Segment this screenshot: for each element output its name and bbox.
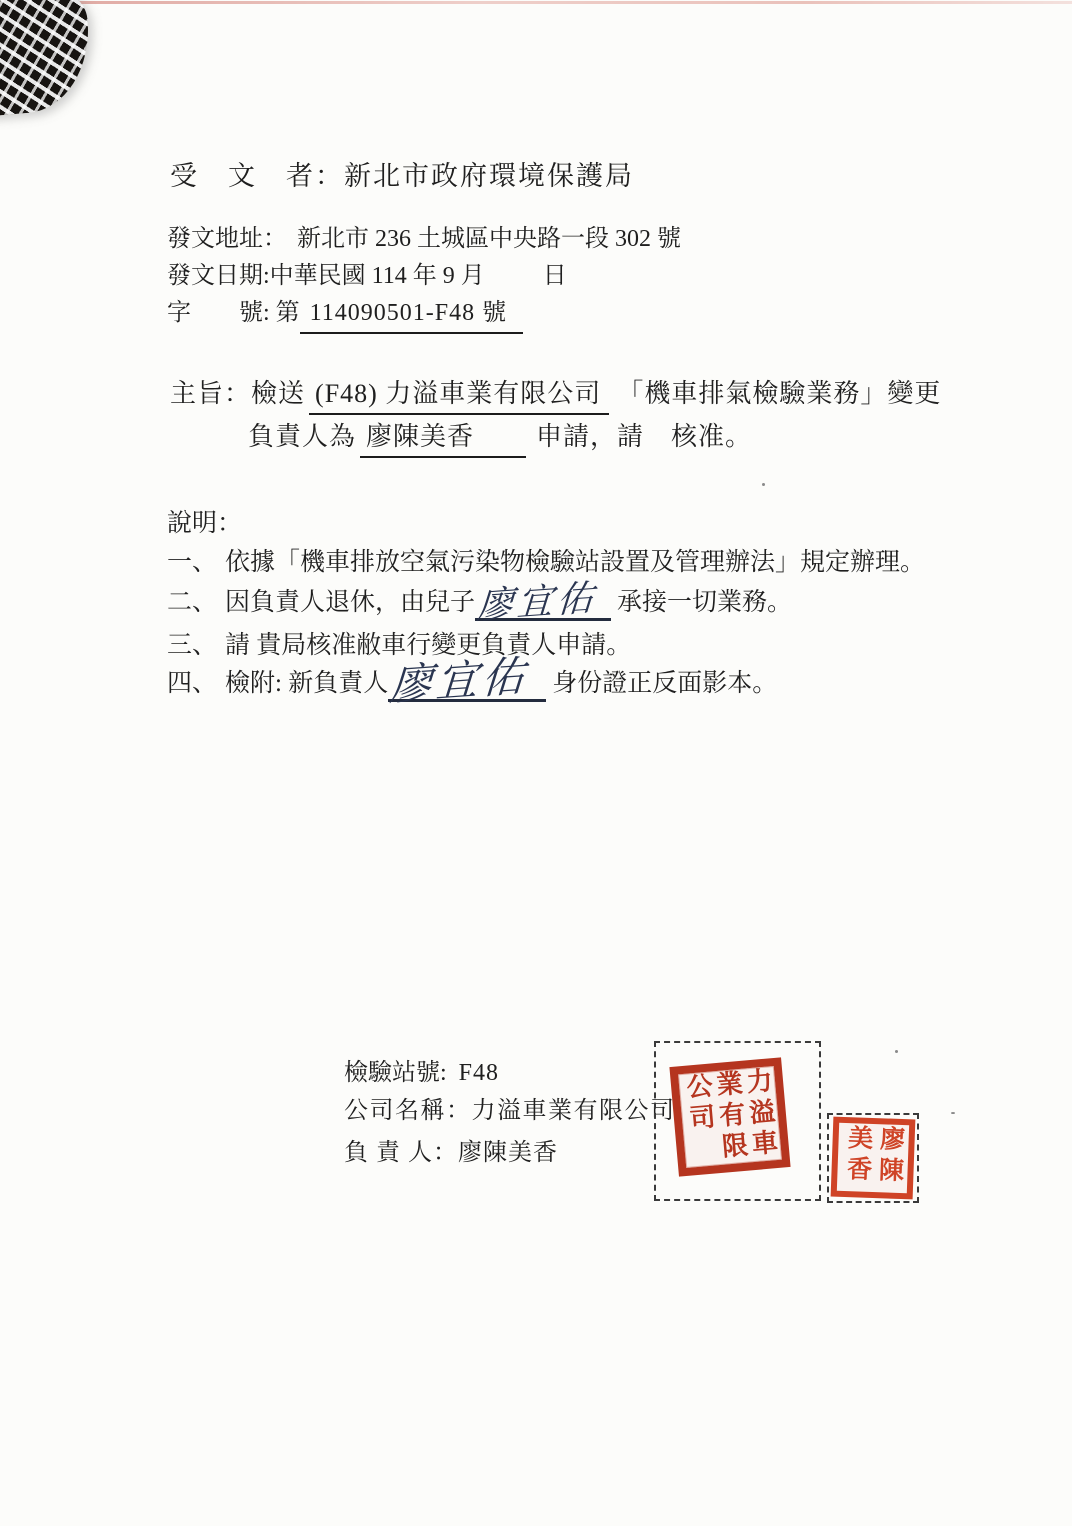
personal-seal-text: 廖陳美香 xyxy=(840,1124,906,1192)
item-text: 請 貴局核准敝車行變更負責人申請。 xyxy=(225,632,631,659)
explanation-item-4: 四、檢附: 新負責人廖宜佑身份證正反面影本。 xyxy=(167,667,777,702)
company-label: 公司名稱： xyxy=(344,1098,472,1124)
scan-speck xyxy=(895,1050,898,1053)
scan-edge-line xyxy=(0,1,1072,4)
handwritten-name: 廖宜佑 xyxy=(390,667,529,695)
item-number: 四、 xyxy=(167,667,225,701)
sending-date-line: 發文日期:中華民國 114 年 9 月日 xyxy=(167,259,567,293)
personal-seal-stamp: 廖陳美香 xyxy=(831,1117,916,1200)
item-number: 一、 xyxy=(167,546,225,580)
subject-line2-post: 申請，請 核准。 xyxy=(536,422,752,451)
document-number-value: 114090501-F48 號 xyxy=(300,296,523,334)
owner-name-line: 負 責 人：廖陳美香 xyxy=(344,1136,558,1170)
company-seal-text: 力溢車業有限公司 xyxy=(681,1066,779,1167)
company-seal-stamp: 力溢車業有限公司 xyxy=(669,1057,790,1176)
date-day-suffix: 日 xyxy=(543,263,567,289)
owner-label: 負 責 人： xyxy=(344,1140,458,1166)
scan-speck xyxy=(762,483,765,486)
explanation-heading: 說明： xyxy=(167,507,242,541)
station-label: 檢驗站號: xyxy=(344,1060,447,1086)
station-value: F48 xyxy=(459,1060,499,1086)
recipient-label: 受 文 者： xyxy=(170,161,344,191)
scanned-document-page: 受 文 者：新北市政府環境保護局 發文地址：新北市 236 土城區中央路一段 3… xyxy=(0,0,1072,1526)
item-text-pre: 檢附: 新負責人 xyxy=(225,670,388,697)
subject-part1: 檢送 xyxy=(251,379,305,408)
date-label: 發文日期: xyxy=(167,263,270,289)
number-prefix: 第 xyxy=(276,300,300,326)
sending-address-line: 發文地址：新北市 236 土城區中央路一段 302 號 xyxy=(167,222,681,256)
subject-line-2: 負責人為廖陳美香申請，請 核准。 xyxy=(248,420,752,458)
subject-part2: 「機車排氣檢驗業務」變更 xyxy=(617,379,941,408)
date-value: 中華民國 114 年 9 月 xyxy=(270,263,485,289)
recipient-line: 受 文 者：新北市政府環境保護局 xyxy=(170,159,634,193)
address-label: 發文地址： xyxy=(167,226,287,252)
item-text-post: 身份證正反面影本。 xyxy=(552,670,777,697)
company-value: 力溢車業有限公司 xyxy=(472,1098,676,1124)
item-number: 二、 xyxy=(167,586,225,620)
subject-line-1: 主旨：檢送(F48) 力溢車業有限公司「機車排氣檢驗業務」變更 xyxy=(170,377,941,415)
explanation-item-1: 一、依據「機車排放空氣污染物檢驗站設置及管理辦法」規定辦理。 xyxy=(167,546,925,580)
signature-underline: 廖宜佑 xyxy=(475,592,611,621)
item-text: 依據「機車排放空氣污染物檢驗站設置及管理辦法」規定辦理。 xyxy=(225,549,925,576)
owner-value: 廖陳美香 xyxy=(458,1140,558,1166)
explanation-item-3: 三、請 貴局核准敝車行變更負責人申請。 xyxy=(167,629,631,663)
scan-corner-artifact-icon xyxy=(0,0,95,116)
subject-owner-underlined: 廖陳美香 xyxy=(360,420,526,458)
item-text-pre: 因負責人退休，由兒子 xyxy=(225,589,475,616)
item-number: 三、 xyxy=(167,629,225,663)
subject-company-underlined: (F48) 力溢車業有限公司 xyxy=(309,377,609,415)
item-text-post: 承接一切業務。 xyxy=(617,589,792,616)
subject-line2-pre: 負責人為 xyxy=(248,422,356,451)
address-value: 新北市 236 土城區中央路一段 302 號 xyxy=(297,226,681,252)
subject-label: 主旨： xyxy=(170,379,251,408)
explanation-item-2: 二、因負責人退休，由兒子廖宜佑承接一切業務。 xyxy=(167,586,792,621)
station-number-line: 檢驗站號:F48 xyxy=(344,1056,499,1090)
number-label: 字 號: xyxy=(167,300,270,326)
recipient-value: 新北市政府環境保護局 xyxy=(344,161,634,191)
scan-speck xyxy=(951,1112,955,1114)
handwritten-name: 廖宜佑 xyxy=(477,590,598,617)
signature-underline: 廖宜佑 xyxy=(388,670,546,702)
document-number-line: 字 號:第114090501-F48 號 xyxy=(167,296,523,334)
company-name-line: 公司名稱：力溢車業有限公司 xyxy=(344,1094,676,1128)
